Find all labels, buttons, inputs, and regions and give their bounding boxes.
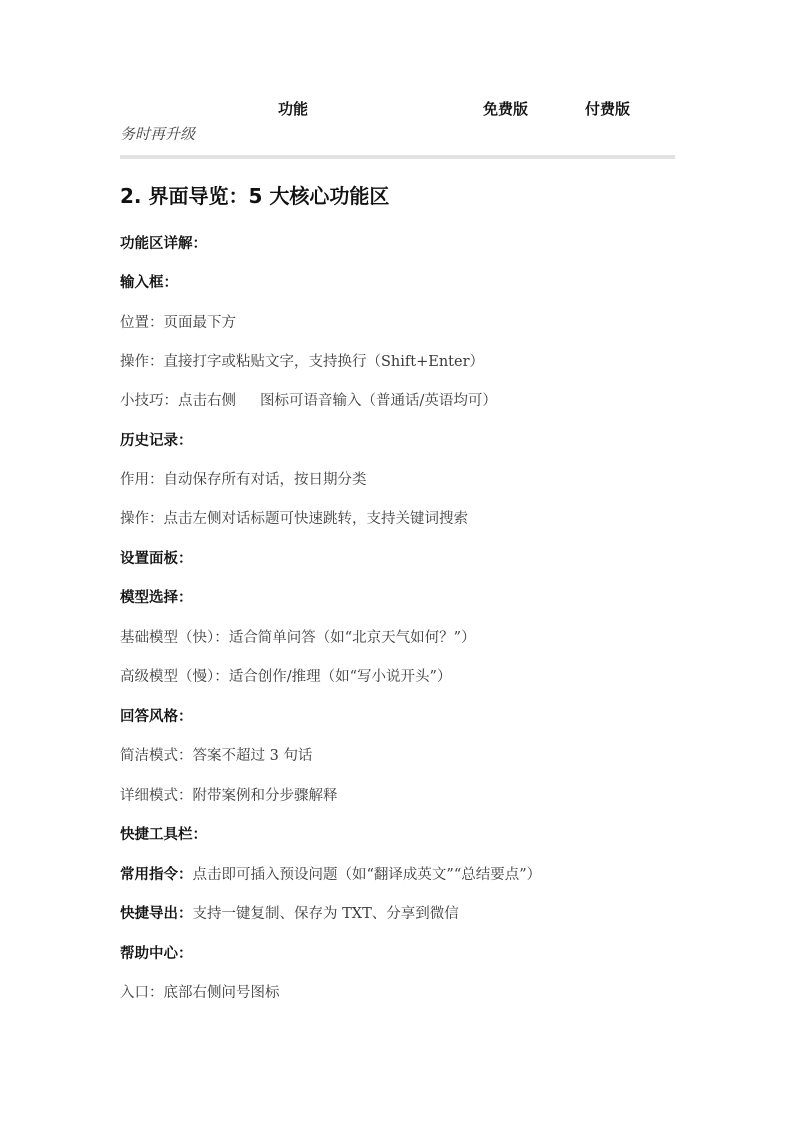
line-text: 简洁模式：答案不超过 3 句话 [120,748,312,764]
subheading-line: 帮助中心： [120,943,193,964]
line-label: 快捷导出： [120,906,193,922]
body-line: 基础模型（快）：适合简单问答（如“北京天气如何？”） [120,627,476,648]
subheading-label: 模型选择： [120,590,193,606]
subheading-line: 快捷工具栏： [120,824,207,845]
subheading-line: 历史记录： [120,430,193,451]
body-line: 详细模式：附带案例和分步骤解释 [120,785,338,806]
subheading-label: 快捷工具栏： [120,827,207,843]
column-header-paid: 付费版 [585,98,630,119]
line-text: 支持一键复制、保存为 TXT、分享到微信 [193,906,459,922]
horizontal-divider [120,155,675,159]
subheading-label: 回答风格： [120,709,193,725]
subheading-line: 输入框： [120,272,178,293]
column-header-feature: 功能 [278,98,308,119]
comparison-table-header: 功能 免费版 付费版 [0,98,794,120]
body-line: 高级模型（慢）：适合创作/推理（如“写小说开头”） [120,666,451,687]
body-line: 操作：点击左侧对话标题可快速跳转，支持关键词搜索 [120,508,468,529]
document-page: 功能 免费版 付费版 务时再升级 2. 界面导览：5 大核心功能区 功能区详解：… [0,0,794,1123]
body-line: 操作：直接打字或粘贴文字，支持换行（Shift+Enter） [120,351,484,372]
line-text: 位置：页面最下方 [120,315,236,331]
subheading-line: 回答风格： [120,706,193,727]
line-text: 详细模式：附带案例和分步骤解释 [120,788,338,804]
italic-text-fragment: 务时再升级 [120,123,195,144]
line-text-before-icon: 小技巧：点击右侧 [120,393,236,409]
subheading-label: 设置面板： [120,551,193,567]
body-line: 作用：自动保存所有对话，按日期分类 [120,469,367,490]
subheading-line: 设置面板： [120,548,193,569]
line-text: 高级模型（慢）：适合创作/推理（如“写小说开头”） [120,669,451,685]
labeled-line: 快捷导出：支持一键复制、保存为 TXT、分享到微信 [120,903,459,924]
subheading-label: 历史记录： [120,433,193,449]
line-text: 操作：点击左侧对话标题可快速跳转，支持关键词搜索 [120,511,468,527]
line-text: 点击即可插入预设问题（如“翻译成英文”“总结要点”） [193,867,542,883]
line-text: 操作：直接打字或粘贴文字，支持换行（Shift+Enter） [120,354,484,370]
subheading-label: 输入框： [120,275,178,291]
body-line: 位置：页面最下方 [120,312,236,333]
line-text-after-icon: 图标可语音输入（普通话/英语均可） [260,393,497,409]
subheading-line: 功能区详解： [120,233,207,254]
line-text: 基础模型（快）：适合简单问答（如“北京天气如何？”） [120,630,476,646]
body-line: 小技巧：点击右侧图标可语音输入（普通话/英语均可） [120,390,497,411]
body-line: 入口：底部右侧问号图标 [120,982,280,1003]
subheading-line: 模型选择： [120,587,193,608]
subheading-label: 功能区详解： [120,236,207,252]
line-text: 入口：底部右侧问号图标 [120,985,280,1001]
line-label: 常用指令： [120,867,193,883]
subheading-label: 帮助中心： [120,946,193,962]
body-line: 简洁模式：答案不超过 3 句话 [120,745,312,766]
column-header-free: 免费版 [483,98,528,119]
line-text: 作用：自动保存所有对话，按日期分类 [120,472,367,488]
labeled-line: 常用指令：点击即可插入预设问题（如“翻译成英文”“总结要点”） [120,864,541,885]
section-heading: 2. 界面导览：5 大核心功能区 [120,180,389,209]
